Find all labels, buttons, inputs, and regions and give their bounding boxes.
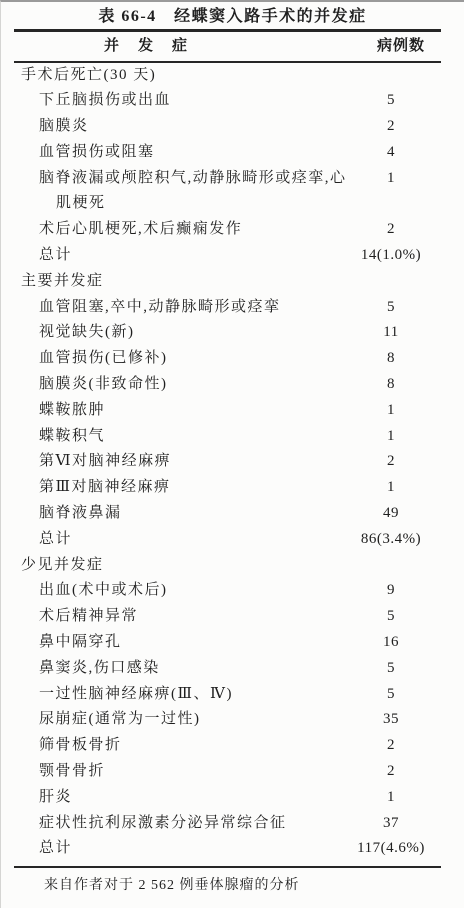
- table-row: 2脑膜炎: [1, 114, 464, 140]
- row-case-count: 5: [341, 604, 441, 630]
- table-row: 1肝炎: [1, 785, 464, 811]
- table-body: 手术后死亡(30 天)5下丘脑损伤或出血2脑膜炎4血管损伤或阻塞1脑脊液漏或颅腔…: [1, 63, 464, 863]
- table-bottom-rule: [14, 866, 441, 868]
- section-header-row: 少见并发症: [1, 553, 464, 579]
- table-row: 1蝶鞍积气: [1, 424, 464, 450]
- table-row: 8脑膜炎(非致命性): [1, 372, 464, 398]
- row-case-count: 2: [341, 759, 441, 785]
- table-row: 1蝶鞍脓肿: [1, 398, 464, 424]
- table-header-row: 并 发 症 病例数: [1, 32, 464, 61]
- row-case-count: 11: [341, 320, 441, 346]
- table-row: 5一过性脑神经麻痹(Ⅲ、Ⅳ): [1, 682, 464, 708]
- column-header-cases: 病例数: [351, 32, 451, 61]
- row-case-count: 35: [341, 707, 441, 733]
- table-row: 37症状性抗利尿激素分泌异常综合征: [1, 811, 464, 837]
- table-row: 2颚骨骨折: [1, 759, 464, 785]
- row-case-count: 8: [341, 346, 441, 372]
- table-title: 表 66-4 经蝶窦入路手术的并发症: [1, 2, 464, 29]
- row-case-count: 86(3.4%): [341, 527, 441, 553]
- section-header-row: 主要并发症: [1, 269, 464, 295]
- table-row: 86(3.4%)总计: [1, 527, 464, 553]
- row-case-count: 4: [341, 140, 441, 166]
- row-case-count: 5: [341, 682, 441, 708]
- table-row: 14(1.0%)总计: [1, 243, 464, 269]
- row-case-count: 1: [341, 475, 441, 501]
- row-case-count: 117(4.6%): [341, 836, 441, 862]
- table-row: 5下丘脑损伤或出血: [1, 88, 464, 114]
- row-case-count: 1: [341, 424, 441, 450]
- row-case-count: 5: [341, 88, 441, 114]
- row-case-count: 1: [341, 398, 441, 424]
- column-header-complication: 并 发 症: [104, 32, 189, 61]
- row-case-count: 2: [341, 733, 441, 759]
- section-header-label: 手术后死亡(30 天): [1, 63, 464, 89]
- row-case-count: 2: [341, 217, 441, 243]
- table-row: 5鼻窦炎,伤口感染: [1, 656, 464, 682]
- row-case-count: 16: [341, 630, 441, 656]
- table-row: 2第Ⅵ对脑神经麻痹: [1, 449, 464, 475]
- table-row: 5术后精神异常: [1, 604, 464, 630]
- section-header-label: 少见并发症: [1, 553, 464, 579]
- row-case-count: 5: [341, 295, 441, 321]
- table-row: 2术后心肌梗死,术后癫痫发作: [1, 217, 464, 243]
- row-case-count: 9: [341, 578, 441, 604]
- table-row: 117(4.6%)总计: [1, 836, 464, 862]
- table-row: 16鼻中隔穿孔: [1, 630, 464, 656]
- book-page: 表 66-4 经蝶窦入路手术的并发症 并 发 症 病例数 手术后死亡(30 天)…: [0, 0, 464, 908]
- table-row: 1第Ⅲ对脑神经麻痹: [1, 475, 464, 501]
- row-case-count: 2: [341, 449, 441, 475]
- table-row: 2筛骨板骨折: [1, 733, 464, 759]
- row-case-count: 1: [341, 166, 441, 192]
- row-case-count: 37: [341, 811, 441, 837]
- row-case-count: 1: [341, 785, 441, 811]
- row-case-count: 8: [341, 372, 441, 398]
- table-row: 49脑脊液鼻漏: [1, 501, 464, 527]
- table-row: 8血管损伤(已修补): [1, 346, 464, 372]
- section-header-label: 主要并发症: [1, 269, 464, 295]
- table-footnote: 来自作者对于 2 562 例垂体腺瘤的分析: [44, 877, 464, 895]
- table-row: 9出血(术中或术后): [1, 578, 464, 604]
- table-row: 35尿崩症(通常为一过性): [1, 707, 464, 733]
- table-row: 5血管阻塞,卒中,动静脉畸形或痉挛: [1, 295, 464, 321]
- table-row: 11视觉缺失(新): [1, 320, 464, 346]
- row-case-count: 5: [341, 656, 441, 682]
- section-header-row: 手术后死亡(30 天): [1, 63, 464, 89]
- row-case-count: 2: [341, 114, 441, 140]
- row-case-count: 49: [341, 501, 441, 527]
- row-case-count: 14(1.0%): [341, 243, 441, 269]
- table-row: 1脑脊液漏或颅腔积气,动静脉畸形或痉挛,心 肌梗死: [1, 166, 464, 218]
- table-row: 4血管损伤或阻塞: [1, 140, 464, 166]
